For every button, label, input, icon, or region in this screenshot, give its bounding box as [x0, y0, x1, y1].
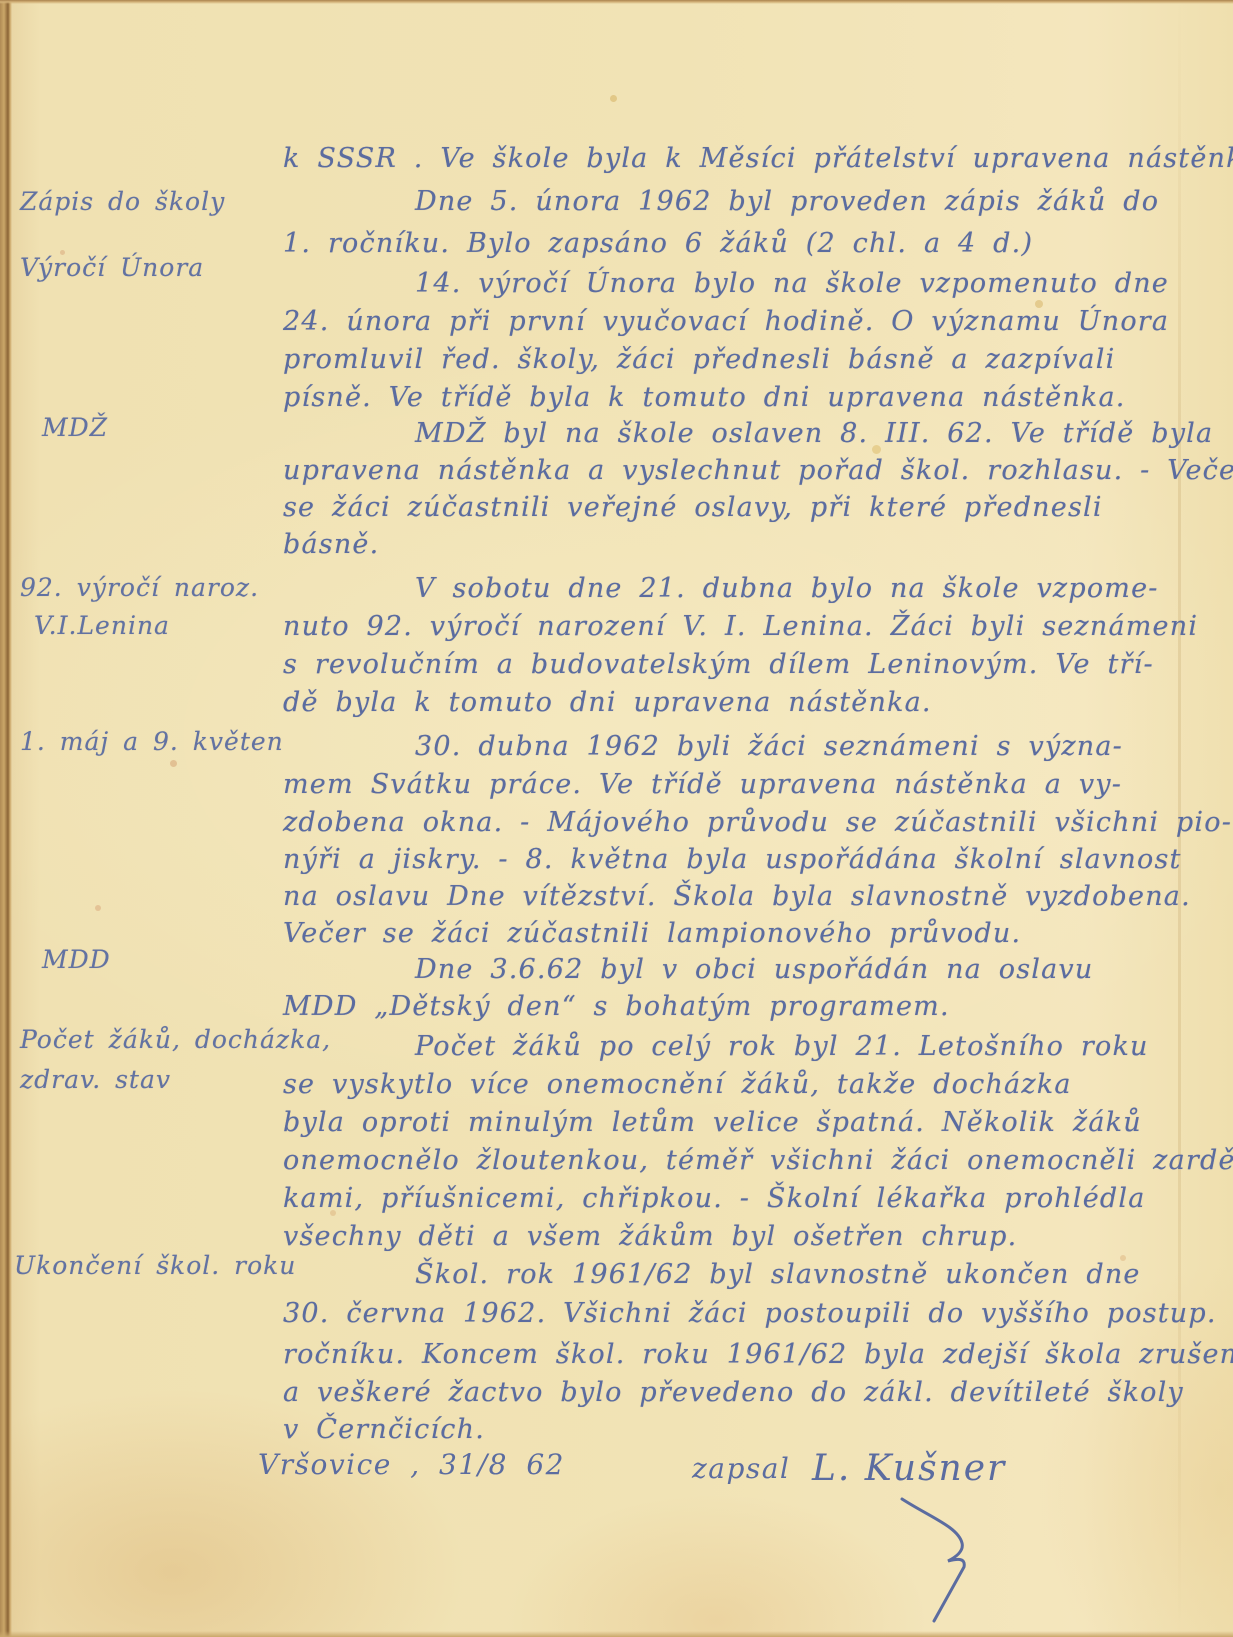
body-line: všechny děti a všem žákům byl ošetřen ch…: [283, 1220, 1188, 1254]
page-left-edge: [0, 0, 12, 1637]
body-line: básně.: [283, 528, 1188, 562]
body-line: s revolučním a budovatelským dílem Lenin…: [283, 648, 1188, 682]
paper-speck: [170, 760, 177, 767]
body-line: Dne 5. února 1962 byl proveden zápis žák…: [283, 185, 1233, 219]
body-line: nuto 92. výročí narození V. I. Lenina. Ž…: [283, 610, 1188, 644]
body-line: 30. dubna 1962 byli žáci seznámeni s výz…: [283, 730, 1233, 764]
margin-note-lenin-1: 92. výročí naroz.: [20, 572, 259, 604]
margin-note-mdd: MDD: [42, 944, 111, 976]
body-line: dě byla k tomuto dni upravena nástěnka.: [283, 686, 1188, 720]
signed-by-label: zapsal: [692, 1452, 790, 1485]
margin-note-lenin-2: V.I.Lenina: [34, 610, 170, 642]
page-bottom-edge: [0, 1631, 1233, 1637]
margin-note-pocet-zaku-2: zdrav. stav: [20, 1064, 171, 1096]
margin-note-zapis: Zápis do školy: [20, 186, 225, 218]
body-line: 30. června 1962. Všichni žáci postoupili…: [283, 1297, 1188, 1331]
paper-speck: [610, 95, 617, 102]
margin-note-mdz: MDŽ: [42, 412, 108, 444]
paper-speck: [95, 905, 101, 911]
body-line: se žáci zúčastnili veřejné oslavy, při k…: [283, 491, 1188, 525]
body-line: Večer se žáci zúčastnili lampionového pr…: [283, 917, 1188, 951]
body-line: k SSSR . Ve škole byla k Měsíci přátelst…: [283, 142, 1188, 176]
body-line: Dne 3.6.62 byl v obci uspořádán na oslav…: [283, 953, 1233, 987]
body-line: V sobotu dne 21. dubna bylo na škole vzp…: [283, 572, 1233, 606]
body-line: MDD „Dětský den“ s bohatým programem.: [283, 990, 1188, 1024]
body-line: mem Svátku práce. Ve třídě upravena nást…: [283, 768, 1188, 802]
body-line: 1. ročníku. Bylo zapsáno 6 žáků (2 chl. …: [283, 227, 1188, 261]
body-line: se vyskytlo více onemocnění žáků, takže …: [283, 1068, 1188, 1102]
body-line: MDŽ byl na škole oslaven 8. III. 62. Ve …: [283, 417, 1233, 451]
body-line: kami, příušnicemi, chřipkou. - Školní lé…: [283, 1182, 1188, 1216]
body-line: v Černčicích.: [283, 1413, 1188, 1447]
margin-note-ukonceni: Ukončení škol. roku: [14, 1250, 296, 1282]
signature: L. Kušner: [812, 1448, 1006, 1489]
place-date: Vršovice , 31/8 62: [258, 1448, 565, 1481]
margin-note-vyroci-unora: Výročí Února: [20, 252, 204, 284]
body-line: 14. výročí Února bylo na škole vzpomenut…: [283, 267, 1233, 301]
body-line: promluvil řed. školy, žáci přednesli bás…: [283, 343, 1188, 377]
body-line: 24. února při první vyučovací hodině. O …: [283, 305, 1188, 339]
margin-note-maj-kveten: 1. máj a 9. květen: [20, 726, 284, 758]
body-line: písně. Ve třídě byla k tomuto dni uprave…: [283, 381, 1188, 415]
body-line: Počet žáků po celý rok byl 21. Letošního…: [283, 1030, 1233, 1064]
body-line: Škol. rok 1961/62 byl slavnostně ukončen…: [283, 1258, 1233, 1292]
chronicle-page: Zápis do školy Výročí Února MDŽ 92. výro…: [0, 0, 1233, 1637]
body-line: onemocnělo žloutenkou, téměř všichni žác…: [283, 1144, 1188, 1178]
body-line: na oslavu Dne vítězství. Škola byla slav…: [283, 880, 1188, 914]
body-line: byla oproti minulým letům velice špatná.…: [283, 1106, 1188, 1140]
body-line: zdobena okna. - Májového průvodu se zúča…: [283, 806, 1188, 840]
body-line: a veškeré žactvo bylo převedeno do zákl.…: [283, 1376, 1188, 1410]
body-line: ročníku. Koncem škol. roku 1961/62 byla …: [283, 1338, 1188, 1372]
page-top-edge: [0, 0, 1233, 4]
signature-flourish-stroke: [900, 1495, 990, 1625]
body-line: nýři a jiskry. - 8. května byla uspořádá…: [283, 843, 1188, 877]
body-line: upravena nástěnka a vyslechnut pořad ško…: [283, 454, 1188, 488]
